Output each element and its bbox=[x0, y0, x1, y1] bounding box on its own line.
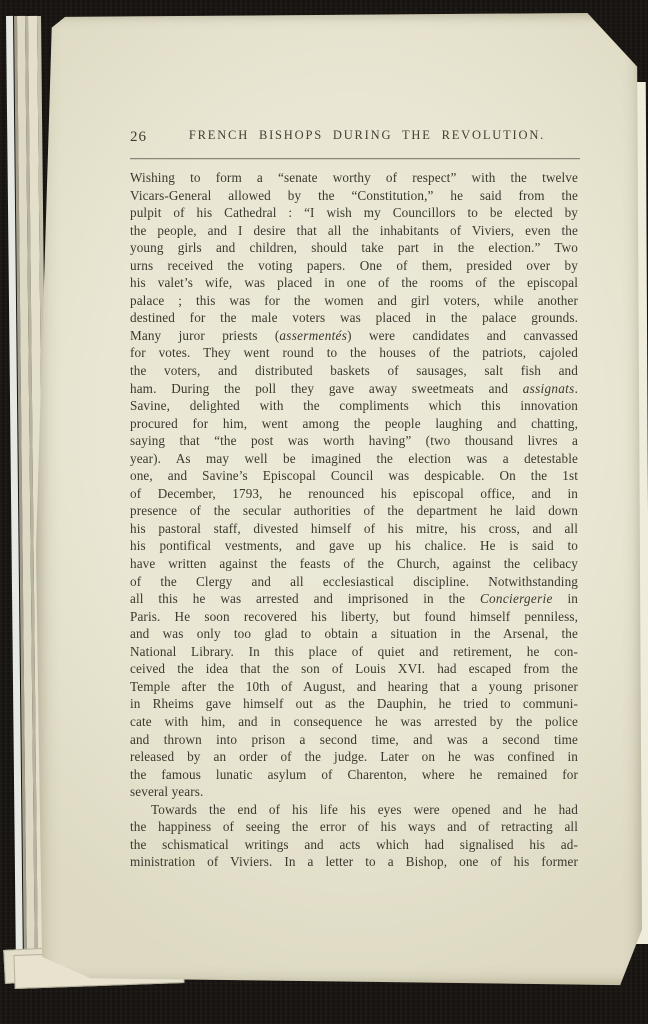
text-line: ham. During the poll they gave away swee… bbox=[130, 380, 578, 398]
text-line: pulpit of his Cathedral : “I wish my Cou… bbox=[130, 204, 578, 222]
text-line: Temple after the 10th of August, and hea… bbox=[130, 678, 578, 696]
text-line: of the Clergy and all ecclesiastical dis… bbox=[130, 573, 578, 591]
text-line: released by an order of the judge. Later… bbox=[130, 748, 578, 766]
text-line: Many juror priests (assermentés) were ca… bbox=[130, 327, 578, 345]
header-rule bbox=[130, 158, 580, 159]
text-line: and was only too glad to obtain a situat… bbox=[130, 625, 578, 643]
page-header: 26 FRENCH BISHOPS DURING THE REVOLUTION. bbox=[130, 128, 578, 148]
text-line: the people, and I desire that all the in… bbox=[130, 222, 578, 240]
text-line: saying that “the post was worth having” … bbox=[130, 432, 578, 450]
text-line: palace ; this was for the women and girl… bbox=[130, 292, 578, 310]
text-line: destined for the male voters was placed … bbox=[130, 309, 578, 327]
text-line: and thrown into prison a second time, an… bbox=[130, 731, 578, 749]
text-line: Savine, delighted with the compliments w… bbox=[130, 397, 578, 415]
page-number: 26 bbox=[130, 129, 147, 146]
text-block: Wishing to form a “senate worthy of resp… bbox=[130, 169, 578, 871]
text-line: his pastoral staff, divested himself of … bbox=[130, 520, 578, 538]
text-line: Wishing to form a “senate worthy of resp… bbox=[130, 169, 578, 187]
text-line: Vicars-General allowed by the “Constitut… bbox=[130, 187, 578, 205]
text-line: the famous lunatic asylum of Charenton, … bbox=[130, 766, 578, 784]
text-line: ceived the idea that the son of Louis XV… bbox=[130, 660, 578, 678]
text-line: ministration of Viviers. In a letter to … bbox=[130, 853, 578, 871]
text-line: have written against the feasts of the C… bbox=[130, 555, 578, 573]
text-line: the happiness of seeing the error of his… bbox=[130, 818, 578, 836]
text-line: procured for him, went among the people … bbox=[130, 415, 578, 433]
text-line: young girls and children, should take pa… bbox=[130, 239, 578, 257]
text-line: the schismatical writings and acts which… bbox=[130, 836, 578, 854]
text-line: year). As may well be imagined the elect… bbox=[130, 450, 578, 468]
text-line: in Rheims gave himself out as the Dauphi… bbox=[130, 695, 578, 713]
book-page: 26 FRENCH BISHOPS DURING THE REVOLUTION.… bbox=[36, 12, 642, 988]
text-line: Paris. He soon recovered his liberty, bu… bbox=[130, 608, 578, 626]
running-header: FRENCH BISHOPS DURING THE REVOLUTION. bbox=[130, 128, 578, 143]
text-line: National Library. In this place of quiet… bbox=[130, 643, 578, 661]
text-line: presence of the secular authorities of t… bbox=[130, 502, 578, 520]
text-line: Towards the end of his life his eyes wer… bbox=[130, 801, 578, 819]
text-line: the voters, and distributed baskets of s… bbox=[130, 362, 578, 380]
text-line: of December, 1793, he renounced his epis… bbox=[130, 485, 578, 503]
text-line: all this he was arrested and imprisoned … bbox=[130, 590, 578, 608]
text-line: for votes. They went round to the houses… bbox=[130, 344, 578, 362]
text-line: one, and Savine’s Episcopal Council was … bbox=[130, 467, 578, 485]
text-line: his valet’s wife, was placed in one of t… bbox=[130, 274, 578, 292]
text-line: cate with him, and in consequence he was… bbox=[130, 713, 578, 731]
text-line: several years. bbox=[130, 783, 578, 801]
text-line: his pontifical vestments, and gave up hi… bbox=[130, 537, 578, 555]
book-scan: { "document": { "page_number": "26", "ru… bbox=[0, 0, 648, 1024]
text-line: urns received the voting papers. One of … bbox=[130, 257, 578, 275]
